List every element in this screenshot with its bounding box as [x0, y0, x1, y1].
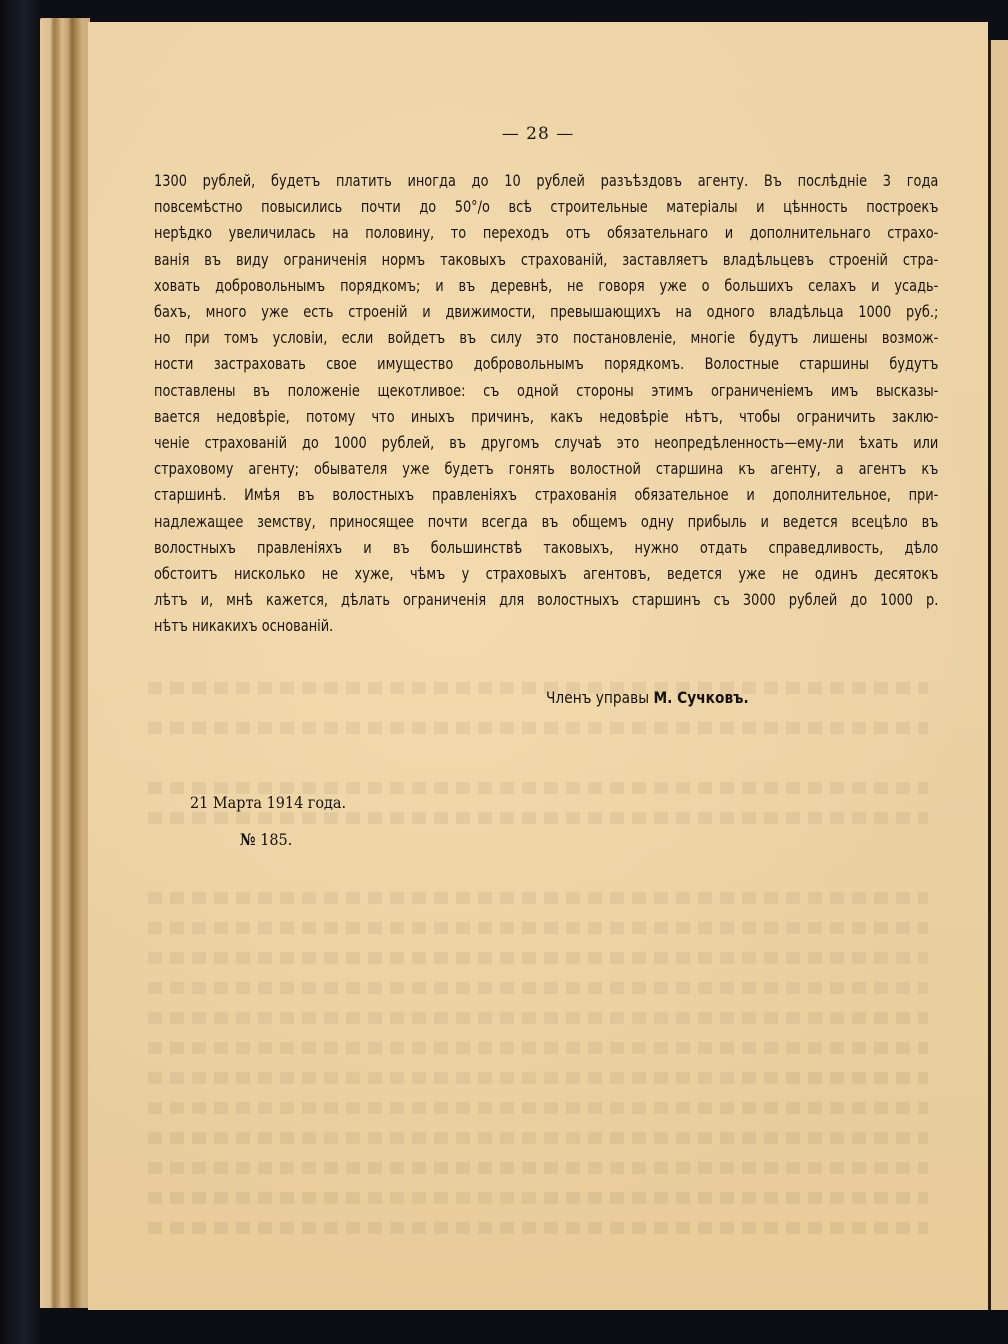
book-cover-edge — [0, 0, 40, 1344]
scan-background-bottom — [40, 1310, 1008, 1344]
text-line: нерѣдко увеличилась на половину, то пере… — [154, 220, 938, 246]
text-line: ности застраховать свое имущество добров… — [154, 351, 938, 377]
signature-block: Членъ управы М. Сучковъ. — [546, 688, 749, 707]
text-line: бахъ, много уже есть строенiй и движимос… — [154, 299, 938, 325]
text-line: повсемѣстно повысились почти до 50°/о вс… — [154, 194, 938, 220]
text-line: вается недовѣрiе, потому что иныхъ причи… — [154, 404, 938, 430]
signature-title: Членъ управы — [546, 688, 653, 707]
text-line: но при томъ условiи, если войдетъ въ сил… — [154, 325, 938, 351]
text-line: поставлены въ положенiе щекотливое: съ о… — [154, 378, 938, 404]
number-value: 185. — [256, 830, 293, 849]
document-number: № 185. — [240, 830, 292, 849]
text-line: надлежащее земству, приносящее почти все… — [154, 509, 938, 535]
text-line: страховому агенту; обывателя уже будетъ … — [154, 456, 938, 482]
text-line: ховать добровольнымъ порядкомъ; и въ дер… — [154, 273, 938, 299]
signature-name: М. Сучковъ. — [653, 688, 748, 707]
page-stack-edge — [40, 18, 90, 1308]
page-number: — 28 — — [88, 124, 988, 144]
text-line: волостныхъ правленiяхъ и въ большинствѣ … — [154, 535, 938, 561]
text-line: нѣтъ никакихъ основанiй. — [154, 613, 938, 639]
text-line: ванiя въ виду ограниченiя нормъ таковыхъ… — [154, 247, 938, 273]
next-page-edge — [991, 40, 1008, 1310]
text-line: лѣтъ и, мнѣ кажется, дѣлать ограниченiя … — [154, 587, 938, 613]
text-line: обстоитъ нисколько не хуже, чѣмъ у страх… — [154, 561, 938, 587]
document-date: 21 Марта 1914 года. — [190, 793, 346, 812]
body-paragraph: 1300 рублей, будетъ платить иногда до 10… — [154, 168, 938, 640]
number-sign: № — [240, 830, 256, 849]
document-page: — 28 — 1300 рублей, будетъ платить иногд… — [88, 22, 988, 1310]
text-line: 1300 рублей, будетъ платить иногда до 10… — [154, 168, 938, 194]
text-line: ченiе страхованiй до 1000 рублей, въ дру… — [154, 430, 938, 456]
text-line: старшинѣ. Имѣя въ волостныхъ правленiяхъ… — [154, 482, 938, 508]
